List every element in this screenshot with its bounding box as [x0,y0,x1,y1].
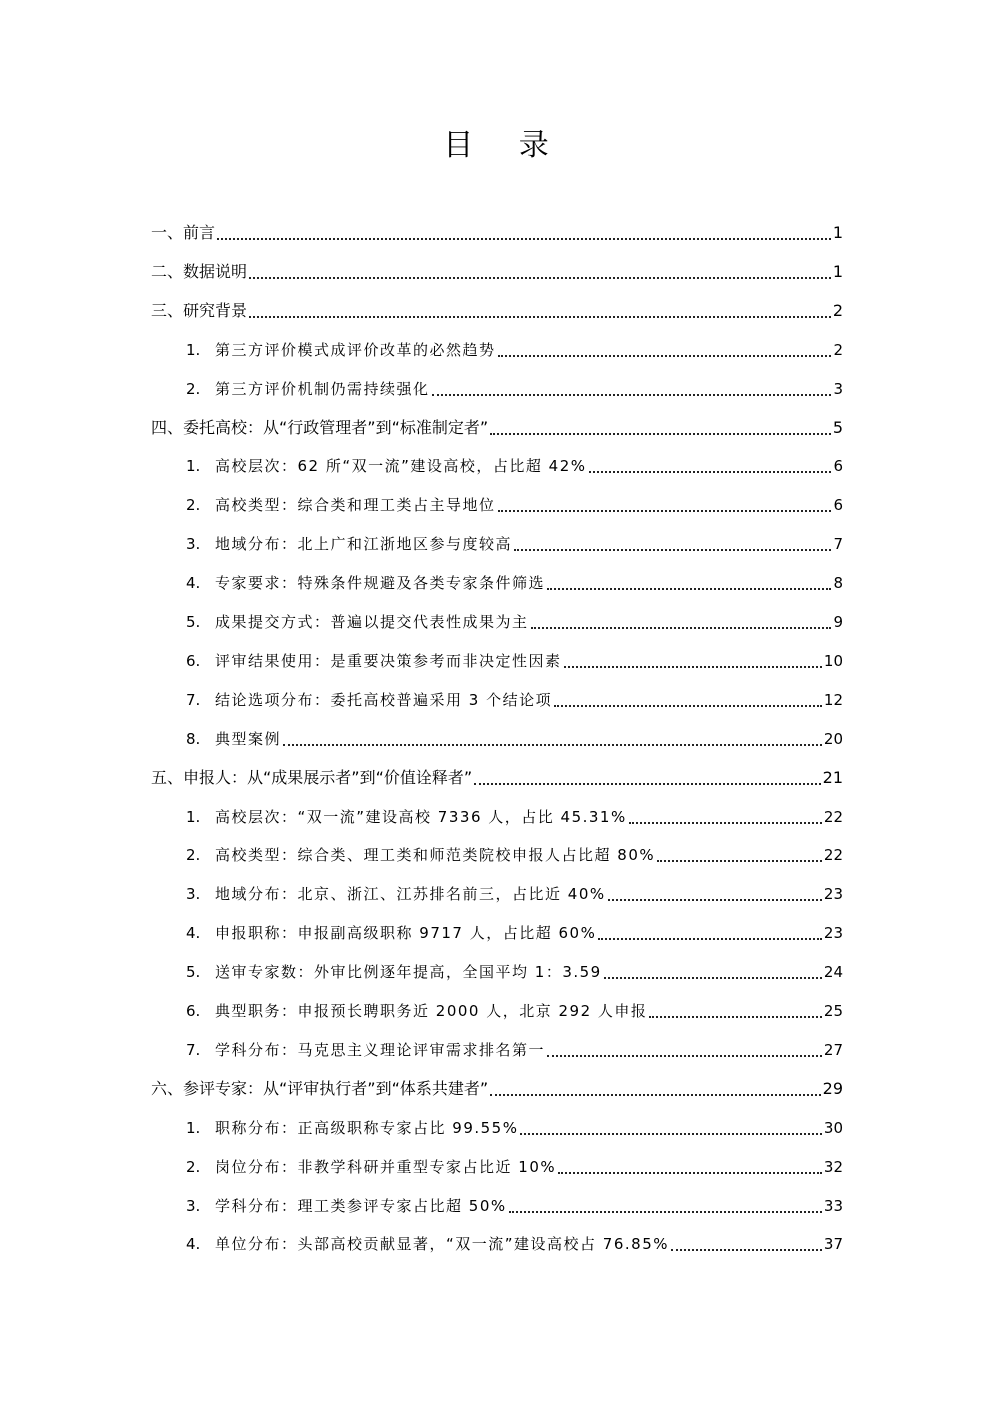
toc-subsection-entry[interactable]: 4.申报职称：申报副高级职称 9717 人，占比超 60%23 [186,920,843,944]
toc-section-entry[interactable]: 六、参评专家：从“评审执行者”到“体系共建者”29 [151,1076,843,1100]
toc-entry-number: 2. [186,494,215,516]
dot-leader [629,819,822,824]
dot-leader [564,663,822,668]
dot-leader [608,896,822,901]
toc-subsection-entry[interactable]: 1.职称分布：正高级职称专家占比 99.55%30 [186,1115,843,1139]
dot-leader [554,702,822,707]
toc-entry-number: 五、 [151,767,183,789]
toc-entry-label: 地域分布：北京、浙江、江苏排名前三，占比近 40% [215,883,606,905]
toc-entry-label: 高校类型：综合类和理工类占主导地位 [215,494,496,516]
toc-entry-label: 第三方评价机制仍需持续强化 [215,378,430,400]
toc-section-entry[interactable]: 三、研究背景2 [151,298,843,322]
toc-entry-page-number: 8 [833,572,843,594]
dot-leader [589,468,832,473]
toc-entry-page-number: 1 [833,261,843,283]
toc-section-entry[interactable]: 一、前言1 [151,220,843,244]
dot-leader [498,507,832,512]
dot-leader [558,1169,822,1174]
toc-entry-page-number: 32 [824,1156,843,1178]
toc-entry-page-number: 24 [824,961,843,983]
toc-entry-number: 1. [186,806,215,828]
toc-entry-number: 六、 [151,1078,183,1100]
toc-entry-label: 高校层次：“双一流”建设高校 7336 人，占比 45.31% [215,806,627,828]
toc-subsection-entry[interactable]: 7.结论选项分布：委托高校普遍采用 3 个结论项12 [186,687,843,711]
toc-subsection-entry[interactable]: 5.送审专家数：外审比例逐年提高，全国平均 1：3.5924 [186,959,843,983]
toc-subsection-entry[interactable]: 8.典型案例20 [186,726,843,750]
toc-subsection-entry[interactable]: 1.第三方评价模式成评价改革的必然趋势2 [186,337,843,361]
toc-entry-label: 结论选项分布：委托高校普遍采用 3 个结论项 [215,689,552,711]
toc-entry-page-number: 21 [823,767,843,789]
toc-entry-page-number: 25 [824,1000,843,1022]
toc-entry-number: 2. [186,378,215,400]
toc-subsection-entry[interactable]: 6.典型职务：申报预长聘职务近 2000 人，北京 292 人申报25 [186,998,843,1022]
toc-entry-page-number: 2 [833,339,843,361]
toc-entry-label: 评审结果使用：是重要决策参考而非决定性因素 [215,650,562,672]
dot-leader [547,1052,822,1057]
toc-entry-number: 二、 [151,261,183,283]
toc-subsection-entry[interactable]: 4.专家要求：特殊条件规避及各类专家条件筛选8 [186,570,843,594]
toc-entry-page-number: 10 [824,650,843,672]
toc-entry-number: 3. [186,1195,215,1217]
toc-entry-number: 1. [186,339,215,361]
toc-entry-number: 4. [186,572,215,594]
toc-entry-label: 典型案例 [215,728,281,750]
toc-entry-page-number: 1 [833,222,843,244]
toc-entry-label: 高校层次：62 所“双一流”建设高校，占比超 42% [215,455,587,477]
toc-entry-label: 研究背景 [183,300,247,322]
toc-entry-label: 前言 [183,222,215,244]
dot-leader [547,585,831,590]
dot-leader [432,391,832,396]
toc-entry-page-number: 27 [824,1039,843,1061]
toc-entry-page-number: 6 [833,494,843,516]
toc-entry-page-number: 6 [833,455,843,477]
toc-subsection-entry[interactable]: 4.单位分布：头部高校贡献显著，“双一流”建设高校占 76.85%37 [186,1231,843,1255]
dot-leader [514,546,831,551]
toc-entry-number: 3. [186,533,215,555]
toc-entry-label: 地域分布：北上广和江浙地区参与度较高 [215,533,512,555]
toc-entry-number: 7. [186,689,215,711]
toc-entry-label: 学科分布：马克思主义理论评审需求排名第一 [215,1039,545,1061]
dot-leader [217,235,831,240]
dot-leader [490,430,831,435]
toc-section-entry[interactable]: 四、委托高校：从“行政管理者”到“标准制定者”5 [151,415,843,439]
toc-entry-page-number: 30 [824,1117,843,1139]
toc-subsection-entry[interactable]: 5.成果提交方式：普遍以提交代表性成果为主9 [186,609,843,633]
toc-entry-number: 一、 [151,222,183,244]
toc-subsection-entry[interactable]: 3.学科分布：理工类参评专家占比超 50%33 [186,1193,843,1217]
toc-entry-number: 三、 [151,300,183,322]
toc-subsection-entry[interactable]: 2.高校类型：综合类和理工类占主导地位6 [186,492,843,516]
toc-entry-label: 申报职称：申报副高级职称 9717 人，占比超 60% [215,922,596,944]
toc-entry-page-number: 37 [824,1233,843,1255]
dot-leader [671,1246,822,1251]
toc-subsection-entry[interactable]: 3.地域分布：北京、浙江、江苏排名前三，占比近 40%23 [186,881,843,905]
toc-entry-number: 5. [186,611,215,633]
dot-leader [283,741,822,746]
dot-leader [498,352,832,357]
toc-entry-page-number: 33 [824,1195,843,1217]
toc-entry-page-number: 29 [823,1078,843,1100]
dot-leader [657,857,822,862]
toc-entry-number: 3. [186,883,215,905]
toc-subsection-entry[interactable]: 1.高校层次：62 所“双一流”建设高校，占比超 42%6 [186,453,843,477]
toc-entry-page-number: 23 [824,922,843,944]
toc-entry-label: 单位分布：头部高校贡献显著，“双一流”建设高校占 76.85% [215,1233,669,1255]
toc-entry-label: 数据说明 [183,261,247,283]
toc-entry-page-number: 23 [824,883,843,905]
toc-entry-label: 送审专家数：外审比例逐年提高，全国平均 1：3.59 [215,961,602,983]
toc-entry-page-number: 22 [824,806,843,828]
toc-entry-number: 4. [186,1233,215,1255]
dot-leader [490,1091,820,1096]
toc-entry-label: 参评专家：从“评审执行者”到“体系共建者” [183,1078,488,1100]
toc-entry-label: 学科分布：理工类参评专家占比超 50% [215,1195,507,1217]
toc-entry-label: 第三方评价模式成评价改革的必然趋势 [215,339,496,361]
toc-section-entry[interactable]: 二、数据说明1 [151,259,843,283]
toc-subsection-entry[interactable]: 2.岗位分布：非教学科研并重型专家占比近 10%32 [186,1154,843,1178]
toc-subsection-entry[interactable]: 1.高校层次：“双一流”建设高校 7336 人，占比 45.31%22 [186,804,843,828]
toc-entry-number: 4. [186,922,215,944]
toc-subsection-entry[interactable]: 7.学科分布：马克思主义理论评审需求排名第一27 [186,1037,843,1061]
toc-entry-number: 6. [186,1000,215,1022]
toc-subsection-entry[interactable]: 6.评审结果使用：是重要决策参考而非决定性因素10 [186,648,843,672]
dot-leader [474,780,820,785]
toc-entry-label: 职称分布：正高级职称专家占比 99.55% [215,1117,518,1139]
toc-entry-page-number: 3 [833,378,843,400]
toc-entry-page-number: 2 [833,300,843,322]
dot-leader [531,624,832,629]
dot-leader [520,1130,821,1135]
toc-entry-label: 典型职务：申报预长聘职务近 2000 人，北京 292 人申报 [215,1000,647,1022]
toc-entry-page-number: 12 [824,689,843,711]
toc-entry-number: 1. [186,455,215,477]
toc-entry-number: 2. [186,844,215,866]
toc-entry-label: 岗位分布：非教学科研并重型专家占比近 10% [215,1156,556,1178]
dot-leader [649,1013,822,1018]
toc-entry-number: 7. [186,1039,215,1061]
toc-entry-label: 专家要求：特殊条件规避及各类专家条件筛选 [215,572,545,594]
toc-entry-label: 高校类型：综合类、理工类和师范类院校申报人占比超 80% [215,844,655,866]
toc-entry-label: 成果提交方式：普遍以提交代表性成果为主 [215,611,529,633]
toc-entry-number: 1. [186,1117,215,1139]
toc-entry-number: 四、 [151,417,183,439]
toc-entry-number: 5. [186,961,215,983]
toc-section-entry[interactable]: 五、申报人：从“成果展示者”到“价值诠释者”21 [151,765,843,789]
toc-entry-number: 2. [186,1156,215,1178]
toc-entry-page-number: 9 [833,611,843,633]
dot-leader [249,313,831,318]
toc-subsection-entry[interactable]: 2.高校类型：综合类、理工类和师范类院校申报人占比超 80%22 [186,842,843,866]
toc-entry-page-number: 20 [824,728,843,750]
toc-entry-label: 委托高校：从“行政管理者”到“标准制定者” [183,417,488,439]
toc-subsection-entry[interactable]: 2.第三方评价机制仍需持续强化3 [186,376,843,400]
toc-entry-page-number: 5 [833,417,843,439]
toc-entry-number: 6. [186,650,215,672]
toc-entry-label: 申报人：从“成果展示者”到“价值诠释者” [183,767,472,789]
page-title: 目 录 [0,124,992,168]
dot-leader [249,274,831,279]
dot-leader [604,974,822,979]
toc-entry-page-number: 7 [833,533,843,555]
toc-entry-page-number: 22 [824,844,843,866]
dot-leader [598,935,822,940]
toc-entry-number: 8. [186,728,215,750]
toc-subsection-entry[interactable]: 3.地域分布：北上广和江浙地区参与度较高7 [186,531,843,555]
dot-leader [509,1208,822,1213]
